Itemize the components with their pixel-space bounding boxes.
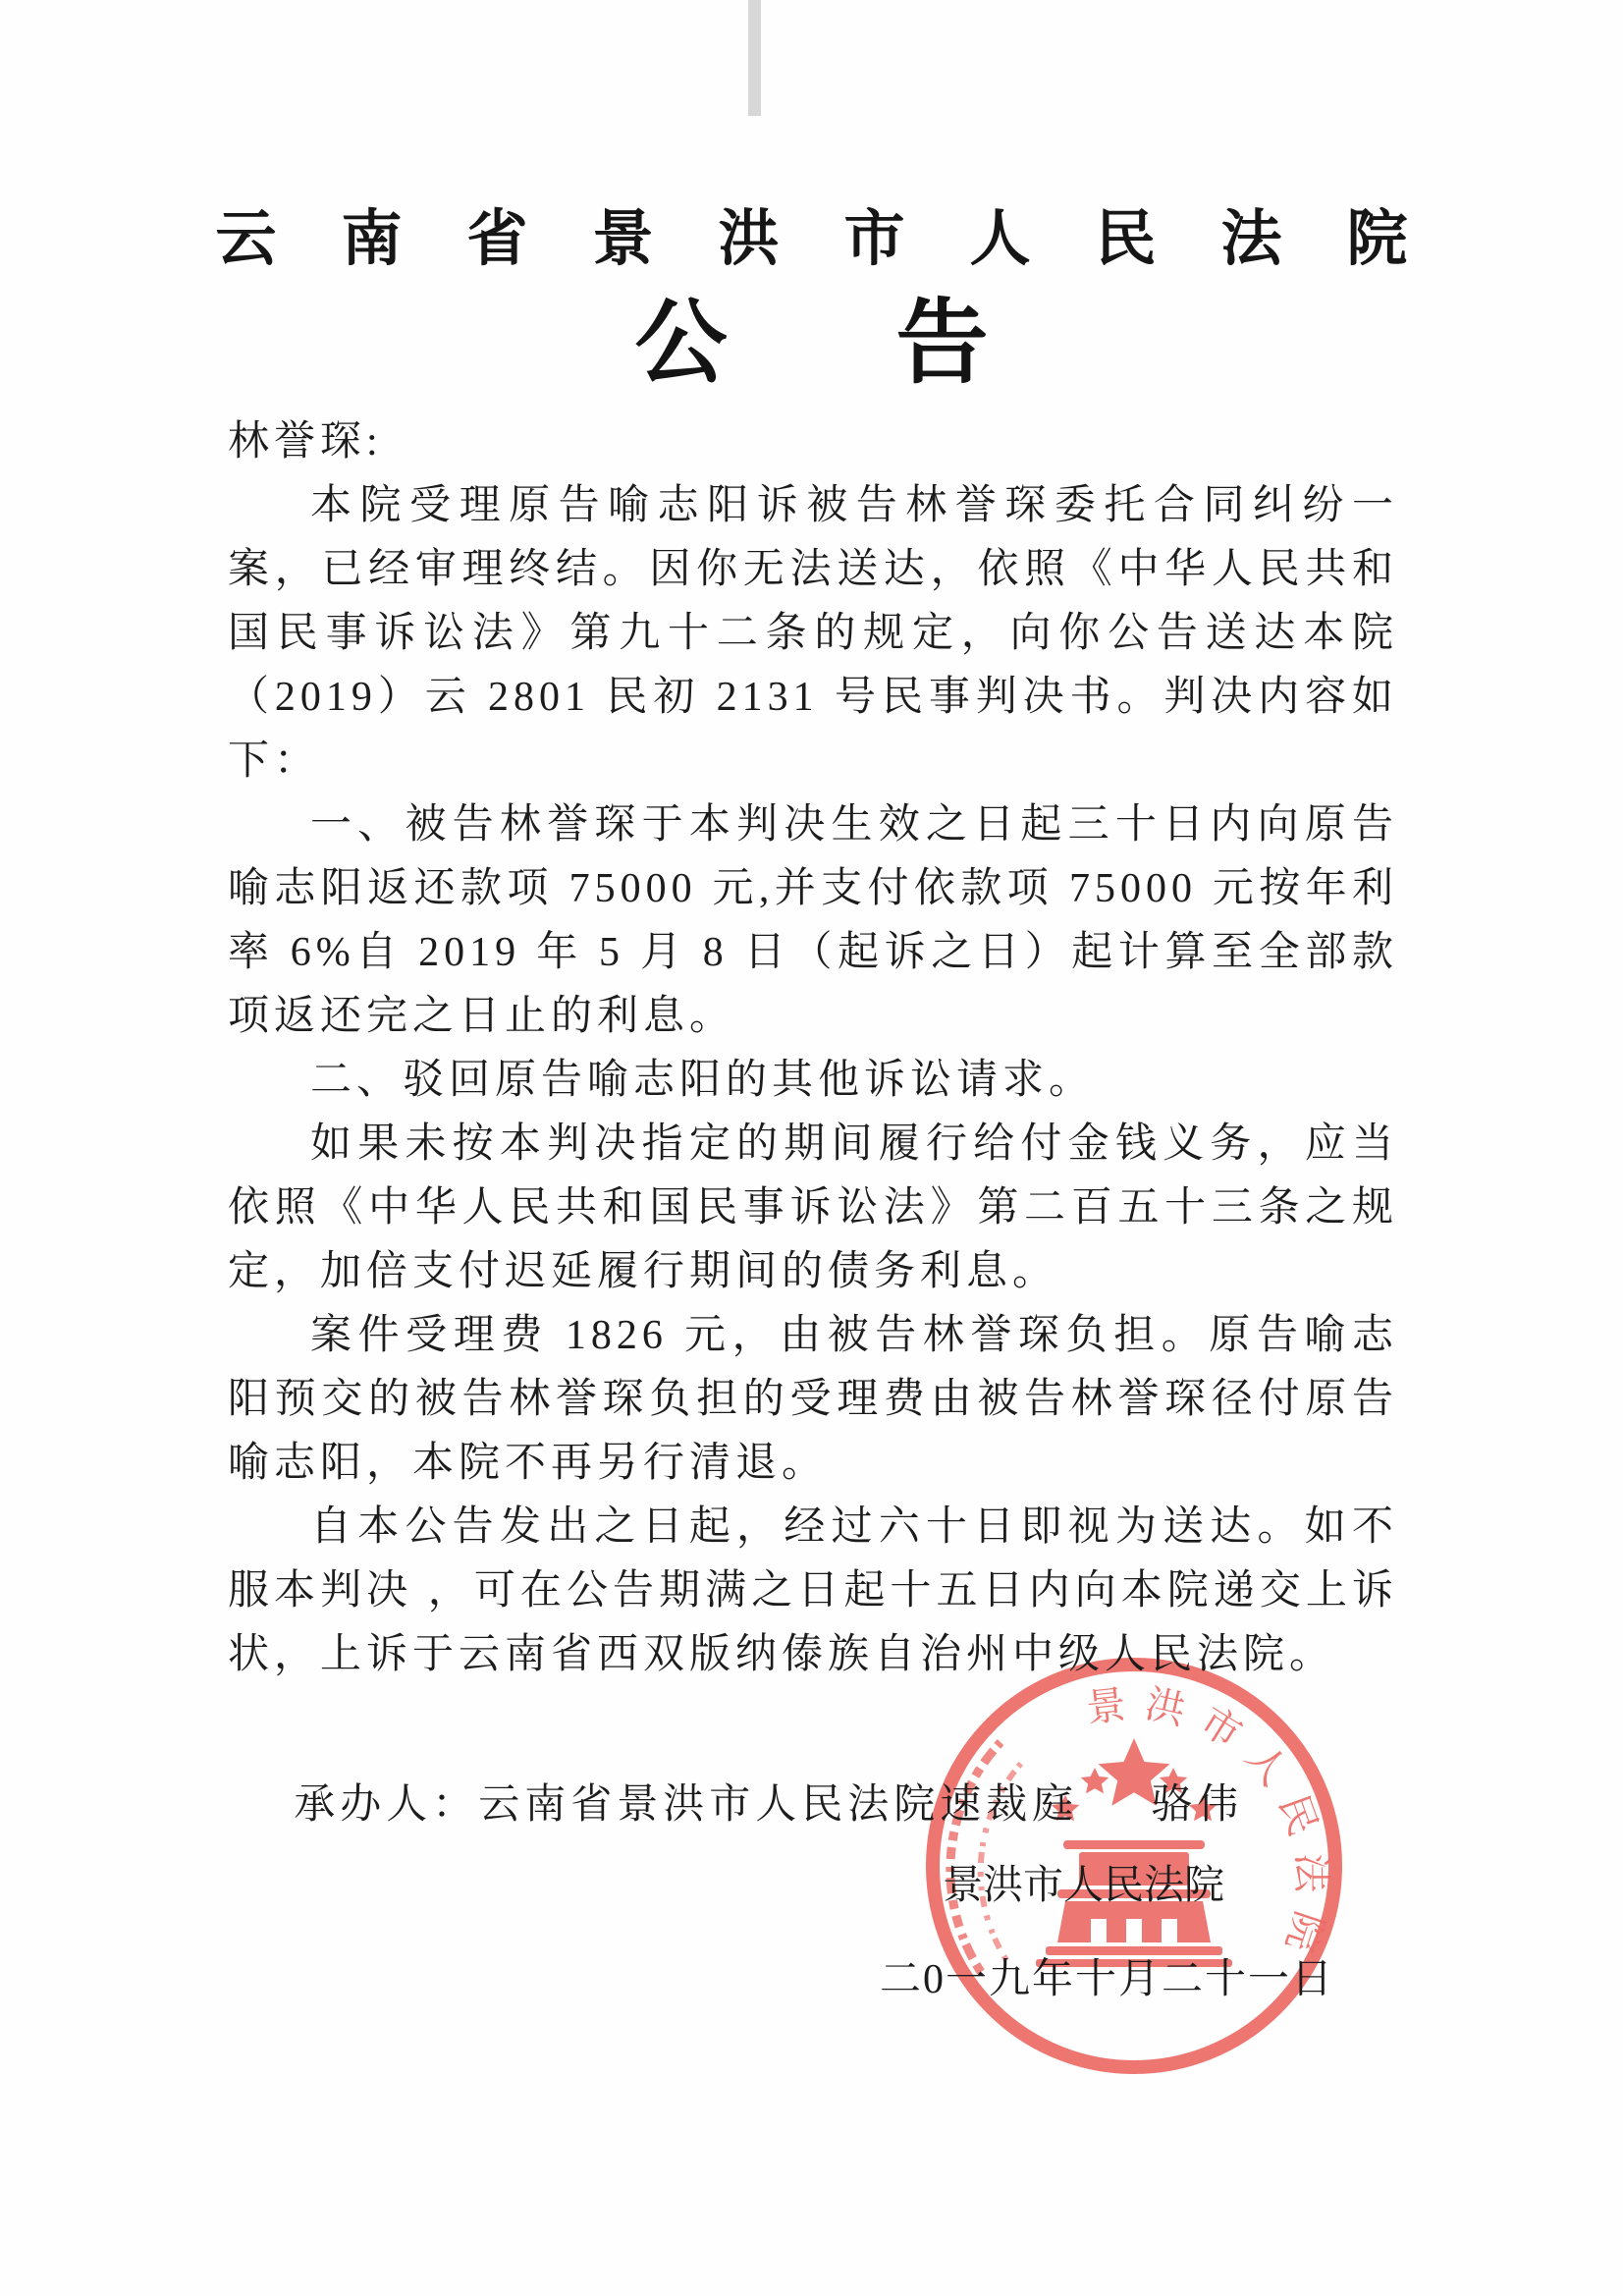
document-body: 林誉琛: 本院受理原告喻志阳诉被告林誉琛委托合同纠纷一案，已经审理终结。因你无法… (228, 410, 1398, 1837)
handler-label: 承办人： (294, 1782, 478, 1828)
announcement-page: 云南省景洪市人民法院 公告 林誉琛: 本院受理原告喻志阳诉被告林誉琛委托合同纠纷… (0, 0, 1623, 2296)
document-title: 公告 (0, 291, 1623, 397)
recipient-name: 林誉琛: (228, 410, 1398, 474)
body-paragraph: 自本公告发出之日起，经过六十日即视为送达。如不服本判决 ，可在公告期满之日起十五… (228, 1496, 1398, 1687)
handler-org: 云南省景洪市人民法院速裁庭 (478, 1782, 1078, 1828)
scan-artifact-line (748, 0, 761, 116)
signature-court-name: 景洪市人民法院 (943, 1852, 1224, 1910)
body-paragraph: 案件受理费 1826 元，由被告林誉琛负担。原告喻志阳预交的被告林誉琛负担的受理… (228, 1304, 1398, 1496)
signature-date: 二0一九年十月二十一日 (880, 1946, 1334, 2005)
body-paragraph: 二、驳回原告喻志阳的其他诉讼请求。 (228, 1049, 1398, 1113)
body-paragraph: 如果未按本判决指定的期间履行给付金钱义务，应当依照《中华人民共和国民事诉讼法》第… (228, 1113, 1398, 1304)
court-title: 云南省景洪市人民法院 (0, 204, 1623, 275)
body-paragraph: 一、被告林誉琛于本判决生效之日起三十日内向原告喻志阳返还款项 75000 元,并… (228, 793, 1398, 1049)
handler-name: 骆伟 (1151, 1782, 1243, 1828)
body-paragraph: 本院受理原告喻志阳诉被告林誉琛委托合同纠纷一案，已经审理终结。因你无法送达，依照… (228, 474, 1398, 793)
handler-line: 承办人：云南省景洪市人民法院速裁庭骆伟 (228, 1774, 1398, 1837)
